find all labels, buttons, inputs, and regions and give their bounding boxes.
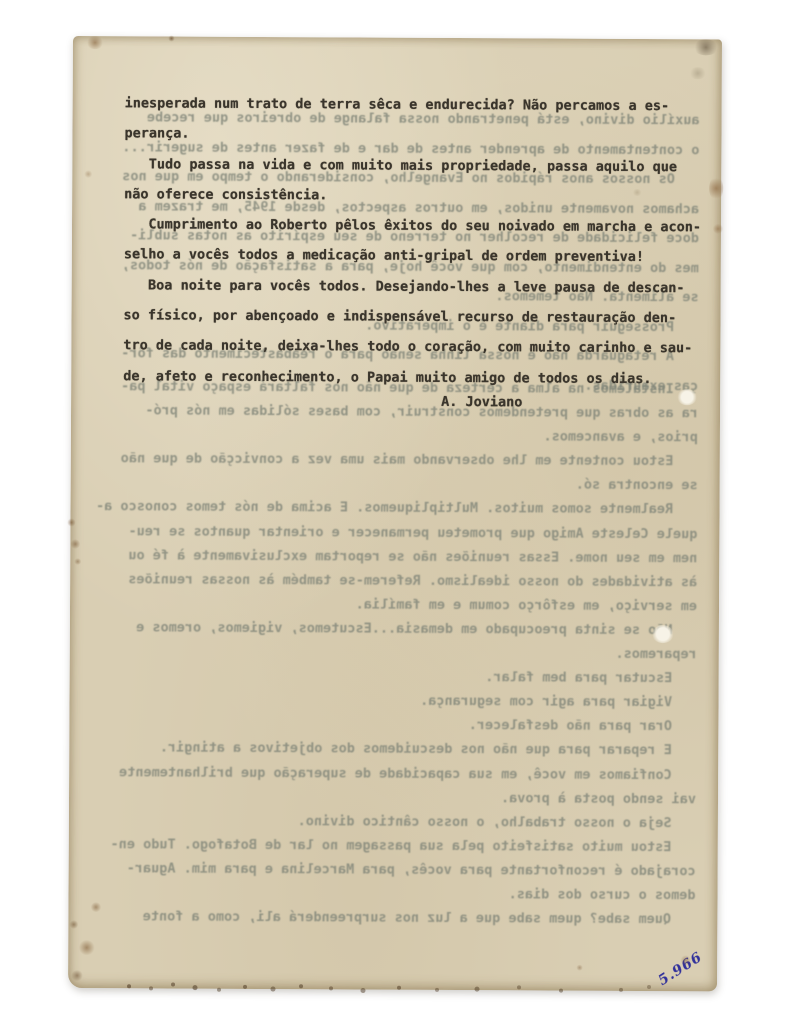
stain [86,36,104,49]
stain [693,39,719,55]
stain [70,539,80,549]
ghost-text-line: Seja o nosso trabalho, o nosso cântico d… [84,808,696,835]
typed-text-line: de, afeto e reconhecimento, o Papai muit… [123,361,708,394]
ghost-text-line: vai sendo posta à prova. [84,784,696,811]
ghost-text-line: reparemos. [85,639,697,666]
ghost-text-line: se encontra só. [86,470,698,497]
ghost-text-line: Orar para não desfalecer. [84,711,696,738]
ghost-text-line: corajado é reconfortante para vocês, par… [84,856,696,883]
typed-text-line: perança. [124,119,709,152]
paper-flaw-spot [677,389,697,405]
typed-text-line: não oferece consistência. [124,179,709,212]
ghost-text-line: Vigiar para agir com segurança. [84,687,696,714]
typed-text-line: selho a vocês todos a medicação anti-gri… [124,240,709,273]
ghost-text-line: Escutar para bem falar. [85,663,697,690]
ghost-text-line: em serviço, em esfôrço comum e em famíli… [85,591,697,618]
ghost-text-line: nem em seu nome. Essas reuniões não se r… [85,543,697,570]
ghost-text-line: Quem sabe? quem sabe que a luz nos surpr… [83,904,695,931]
ghost-text-line: Estou contente em lhe observando mais um… [86,446,698,473]
typed-text-line: so físico, por abençoado e indispensável… [123,300,708,333]
ghost-text-bottom: Instalemos na alma a certeza de que não … [83,374,698,931]
paper-flaw-spot [652,625,674,643]
stain [78,940,95,955]
signature: A. Joviano [441,394,522,410]
stain [632,189,642,196]
stain [713,223,723,234]
ghost-text-line: E reparar para que não nos descuidemos d… [84,735,696,762]
typed-text-line: Boa noite para vocês todos. Desejando-lh… [124,270,709,303]
stain [69,920,78,929]
typed-letter-body: inesperada num trato de terra sêca e end… [123,88,710,394]
stain [74,558,81,565]
ghost-text-line: prios, e avancemos. [86,422,698,449]
typed-text-line: Cumprimento ao Roberto pêlos êxitos do s… [124,209,709,242]
scanned-letter-photo: auxílio divino, está penetrando nossa fa… [0,0,806,1024]
ghost-text-line: às atividades do nosso idealismo. Refere… [85,567,697,594]
ghost-text-line: Não se sinta preocupado em demasia...Esc… [85,615,697,642]
stain [90,902,101,912]
stain [680,955,691,965]
stain [71,970,83,981]
stain [576,965,583,971]
stain [168,35,175,41]
ghost-text-line: demos o curso dos dias. [83,880,695,907]
stain [67,518,75,527]
ghost-text-line: Realmente somos muitos. Multipliquemos. … [85,495,697,522]
ghost-text-line: Estou muito satisfeito pela sua passagem… [84,832,696,859]
typed-text-line: inesperada num trato de terra sêca e end… [125,88,710,121]
ghost-text-line: ra as obras que pretendemos construir, c… [86,398,698,425]
typed-text-line: Tudo passa na vida e com muito mais prop… [124,149,709,182]
stain [689,67,707,79]
ghost-text-line: quele Celeste Amigo que prometeu permane… [85,519,697,546]
ghost-text-line: Confiamos em você, em sua capacidade de … [84,760,696,787]
stain [709,175,723,201]
stain [84,170,92,178]
bottom-edge-speckles [73,36,75,38]
typed-text-line: tro de cada noite, deixa-lhes todo o cor… [123,331,708,364]
catalog-number-handwritten: 5.966 [656,949,706,989]
letter-page: auxílio divino, está penetrando nossa fa… [68,36,722,991]
